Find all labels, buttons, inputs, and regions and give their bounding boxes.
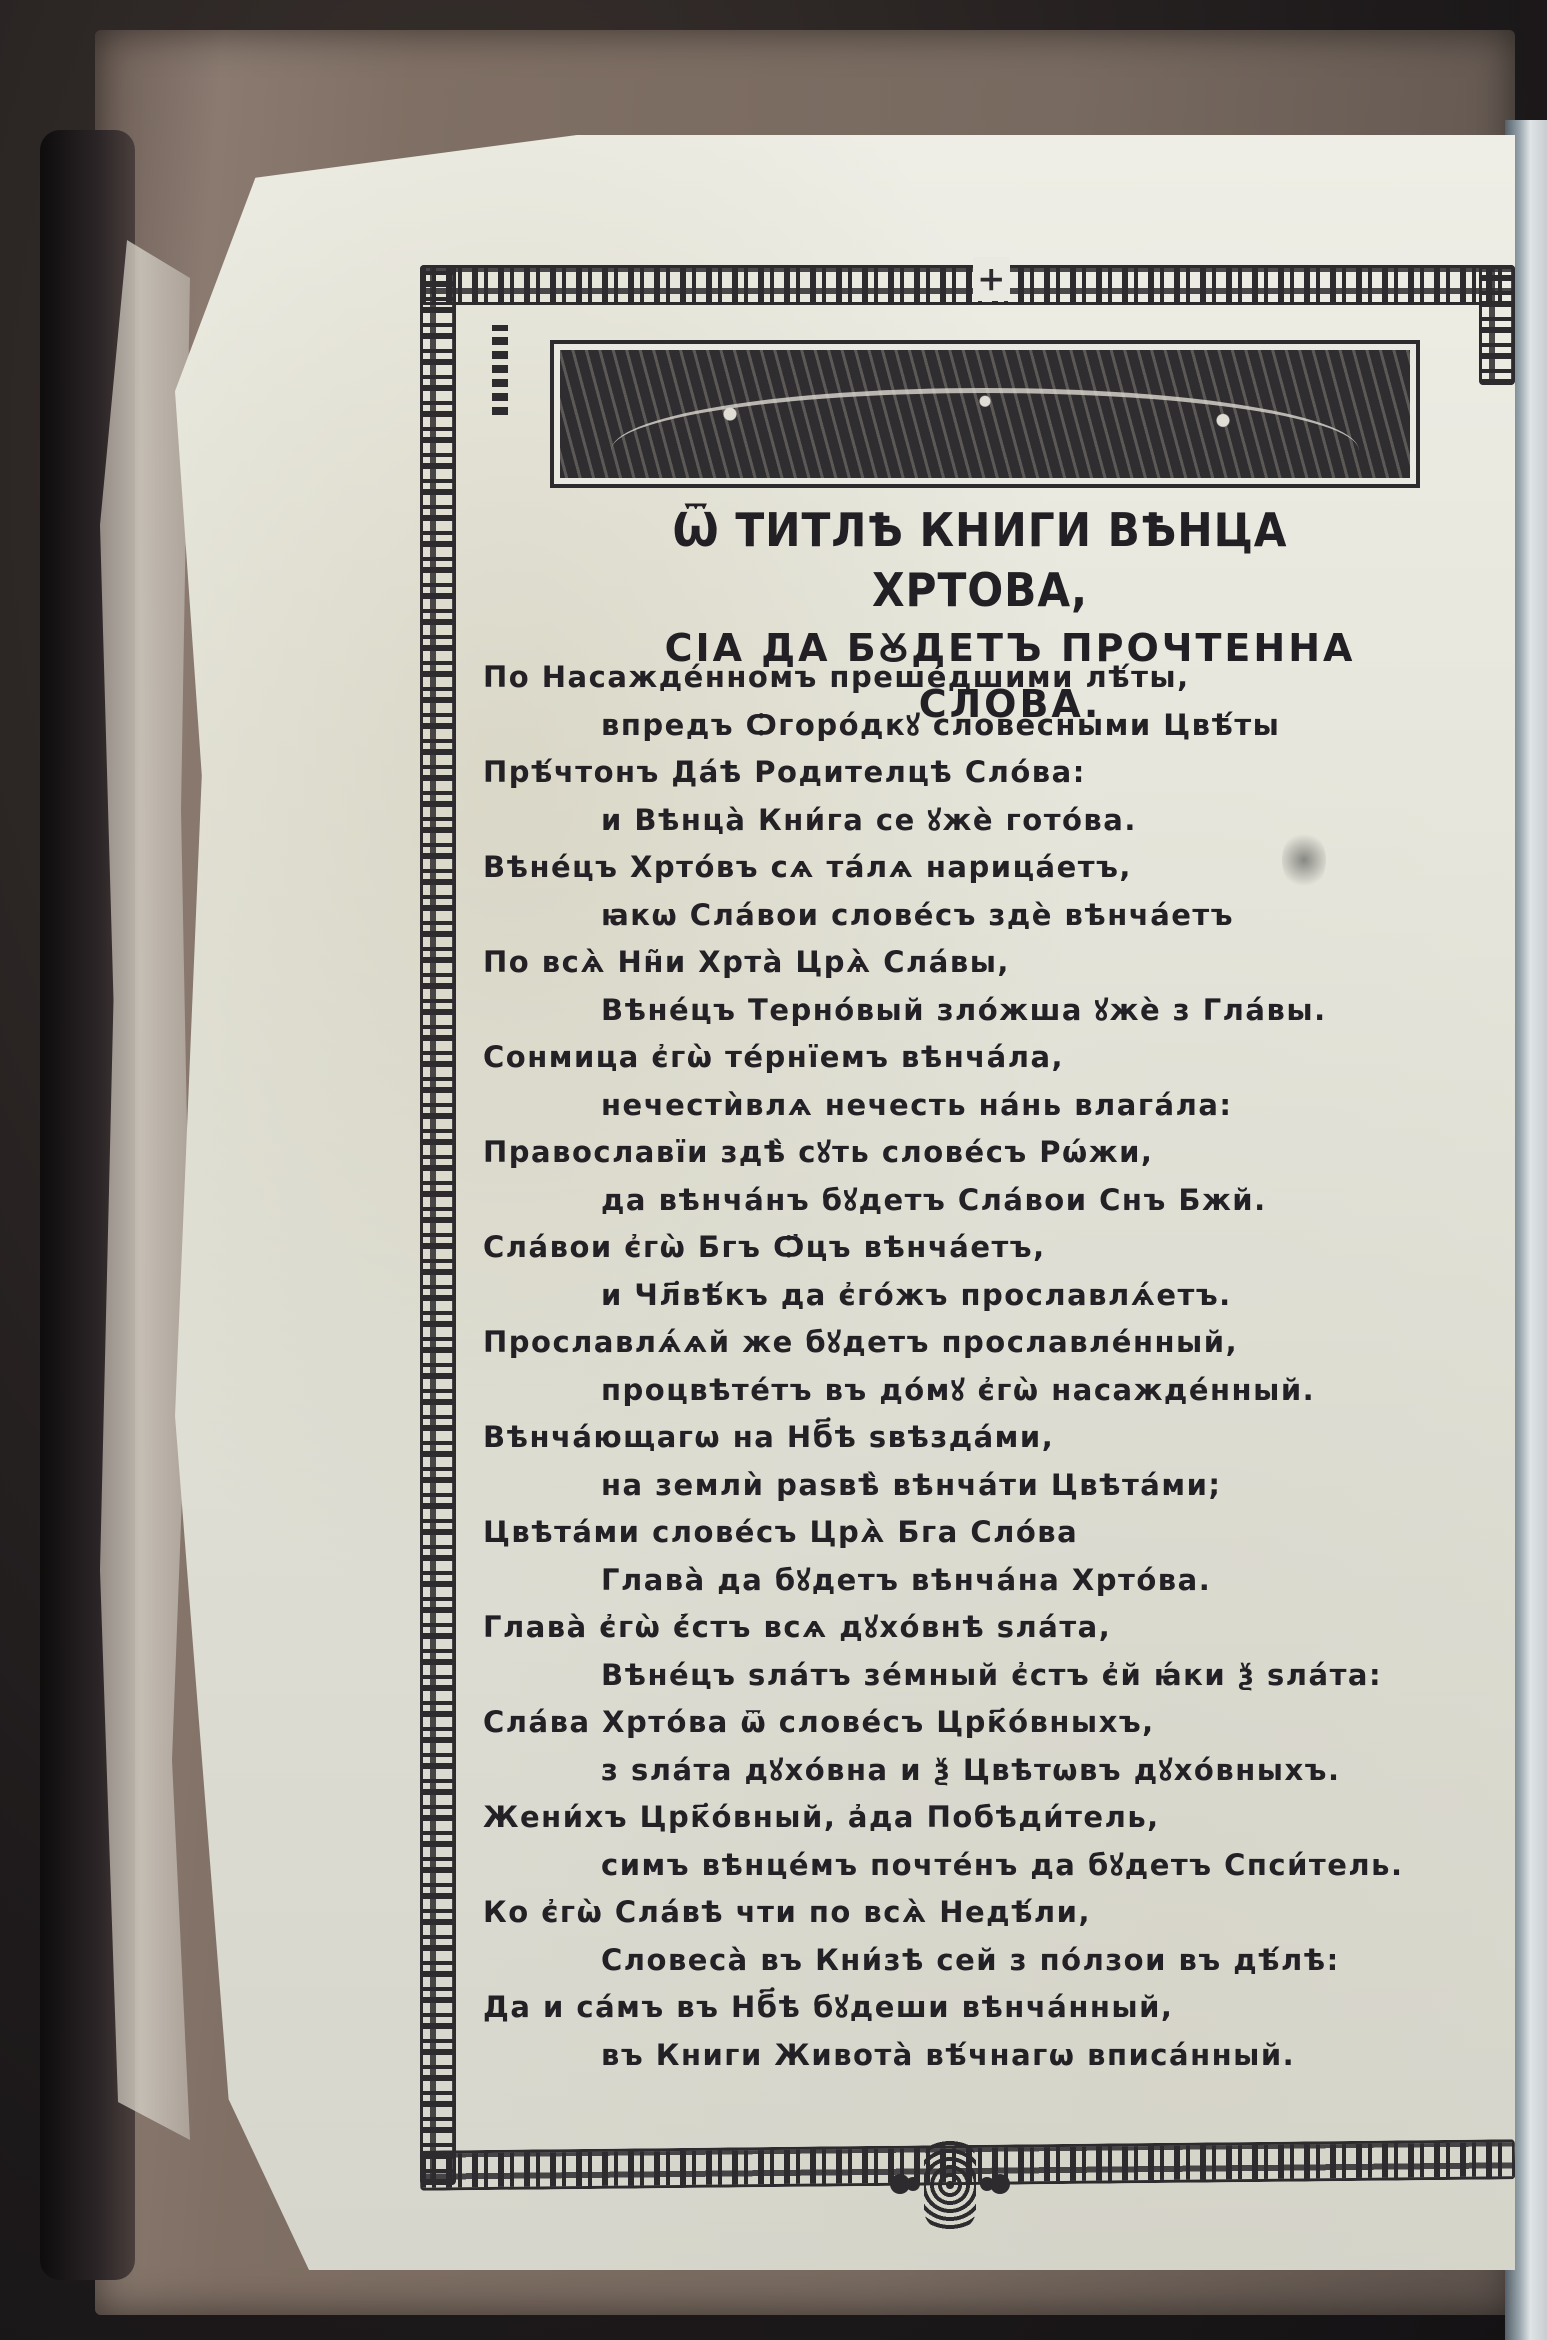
poem-line: Вѣнéцъ Хртóвъ сѧ тáлѧ нарицáетъ, [483, 844, 1483, 892]
poem-line: Глава̀ да бꙋдетъ вѣнчáна Хртóва. [483, 1557, 1483, 1605]
poem-line: Словеса̀ въ Кни́зѣ сей з пóлзои въ дѣ́лѣ… [483, 1937, 1483, 1985]
border-right-ornament [1479, 265, 1515, 385]
torn-paper-edge [100, 240, 190, 2140]
poem-line: Вѣнéцъ Тернóвый злóжша ꙋжѐ з Глáвы. [483, 987, 1483, 1035]
poem-line: з ѕлáта дꙋхóвна и ѯ Цвѣтѡвъ дꙋхóвныхъ. [483, 1747, 1483, 1795]
poem-line: и Вѣнца̀ Кни́га се ꙋжè готóва. [483, 797, 1483, 845]
fleuron-tailpiece-icon [890, 2140, 1010, 2230]
poem-line: въ Книги Живота̀ вѣ́чнагѡ вписáнный. [483, 2032, 1483, 2080]
poem-text: По Насаждéнномъ прешéдшими лѣ́ты,впредъ … [483, 654, 1483, 2079]
poem-line: Ко є҆гѡ̀ Слáвѣ чти по всѧ̀ Недѣ́ли, [483, 1889, 1483, 1937]
poem-line: на землѝ раѕвѣ̀ вѣнчáти Цвѣтáми; [483, 1462, 1483, 1510]
tail-dot [990, 2174, 1010, 2194]
poem-line: Вѣнéцъ ѕлáтъ зéмный є҆стъ є҆й ꙗ́ки ѯ ѕлá… [483, 1652, 1483, 1700]
poem-line: Слáва Хртóва ѿ словéсъ Црк҃óвныхъ, [483, 1699, 1483, 1747]
poem-line: да вѣнчáнъ бꙋдетъ Слáвои Снъ Бжй. [483, 1177, 1483, 1225]
poem-line: симъ вѣнцéмъ почтéнъ да бꙋдетъ Спси́тель… [483, 1842, 1483, 1890]
poem-line: Прѣ́чтонъ Да́ѣ Родителцѣ Слóва: [483, 749, 1483, 797]
tail-dot [906, 2177, 920, 2191]
poem-line: Жени́хъ Црк҃óвный, а҆да Побѣди́тель, [483, 1794, 1483, 1842]
poem-line: Глава̀ є҆гѡ̀ є҆́стъ всѧ дꙋхóвнѣ ѕлáта, [483, 1604, 1483, 1652]
poem-line: ꙗкѡ Слáвои словéсъ здѐ вѣнчáетъ [483, 892, 1483, 940]
cross-icon: + [973, 257, 1010, 301]
poem-line: и Чл҃вѣ́къ да є҆гóжъ прославлѧ́етъ. [483, 1272, 1483, 1320]
floral-woodcut-icon [560, 350, 1410, 478]
border-top-ornament [420, 265, 1515, 305]
title-line-1: Ѿ ТИТЛѢ КНИГИ ВѢНЦА ХРТОВА, [557, 500, 1403, 620]
poem-line: процвѣтéтъ въ дóмꙋ є҆гѡ̀ насаждéнный. [483, 1367, 1483, 1415]
tail-core [924, 2140, 976, 2230]
border-left-ornament [420, 265, 456, 2185]
poem-line: впредъ Ѻгорóдкꙋ словесными Цвѣ́ты [483, 702, 1483, 750]
poem-line: Православїи здѣ̀ сꙋть словéсъ Рѡ́жи, [483, 1129, 1483, 1177]
woodcut-headpiece [550, 340, 1420, 488]
inner-left-ornament [492, 325, 508, 415]
poem-line: Прославлѧ́ѧй же бꙋдетъ прославлéнный, [483, 1319, 1483, 1367]
poem-line: Слáвои є҆гѡ̀ Бгъ Ѻ҆цъ вѣнчáетъ, [483, 1224, 1483, 1272]
poem-line: Да и сáмъ въ Нб҃ѣ бꙋдеши вѣнчáнный, [483, 1984, 1483, 2032]
poem-line: Цвѣтáми словéсъ Црѧ̀ Бга Слóва [483, 1509, 1483, 1557]
poem-line: Вѣнчáющагѡ на Нб҃ѣ ѕвѣздáми, [483, 1414, 1483, 1462]
vine-ornament [611, 388, 1359, 451]
poem-line: Сонмица є҆гѡ̀ тéрнїемъ вѣнчáла, [483, 1034, 1483, 1082]
poem-line: По всѧ̀ Нн̃и Хрта̀ Црѧ̀ Слáвы, [483, 939, 1483, 987]
poem-line: нечестѝвлѧ нечесть нáнь влагáла: [483, 1082, 1483, 1130]
poem-line: По Насаждéнномъ прешéдшими лѣ́ты, [483, 654, 1483, 702]
